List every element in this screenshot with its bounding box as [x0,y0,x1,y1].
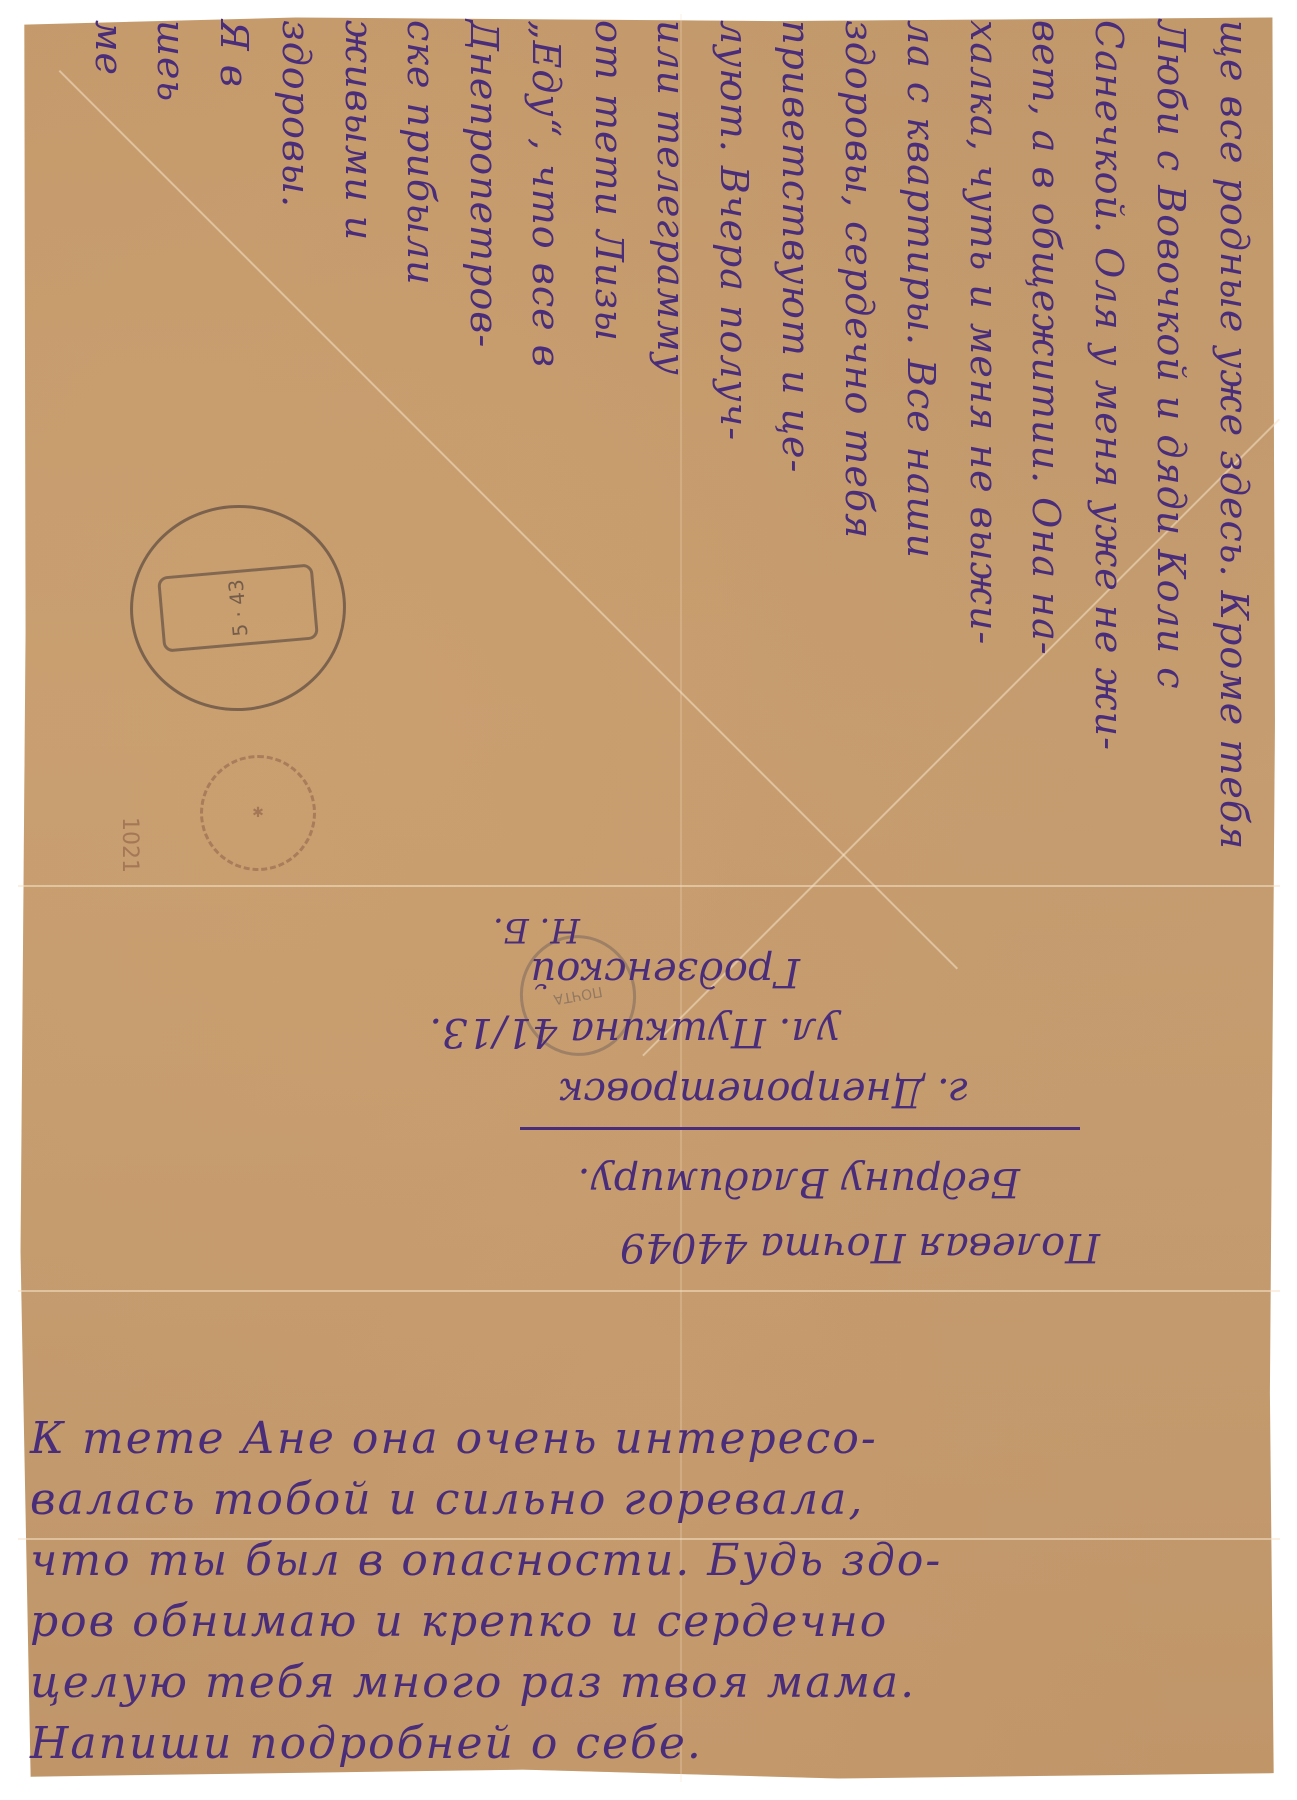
bottom-line: Напиши подробней о себе. [30,1713,1275,1774]
address-sender: Гродзенской [531,949,801,995]
vertical-line: здоровы, сердечно тебя [828,20,891,920]
vertical-line: ще все родные уже здесь. Кроме тебя [1203,20,1266,920]
vertical-line: Днепропетров- [453,20,516,920]
vertical-line: живыми и [328,20,391,920]
address-divider [520,1127,1080,1130]
bottom-line: целую тебя много раз твоя мама. [30,1652,1275,1713]
censor-number: 1021 [45,810,215,880]
vertical-line: Санечкой. Оля у меня уже не жи- [1078,20,1141,920]
censor-mark-icon: ✱ [200,755,316,871]
vertical-line: шеь [140,20,203,920]
vertical-line: луют. Вчера получ- [703,20,766,920]
address-field-post: Полевая Почта 44049 [620,1224,1100,1270]
address-city: г. Днепропетровск [560,1069,970,1115]
vertical-line: халка, чуть и меня не выжи- [953,20,1016,920]
bottom-line: что ты был в опасности. Будь здо- [30,1530,1275,1591]
bottom-letter-text: К тете Ане она очень интересо- валась то… [30,1408,1275,1774]
vertical-line: ла с квартиры. Все наши [890,20,953,920]
bottom-line: ров обнимаю и крепко и сердечно [30,1591,1275,1652]
bottom-line: К тете Ане она очень интересо- [30,1408,1275,1469]
address-recipient: Бедрину Владимиру. [578,1159,1020,1205]
vertical-line: „Еду“, что все в [515,20,578,920]
address-sender-initials: Н. Б. [493,910,580,950]
address-street: ул. Пушкина 41/13. [429,1009,840,1055]
vertical-line: или телеграмму [640,20,703,920]
vertical-line: Люби с Вовочкой и дяди Коли с [1140,20,1203,920]
vertical-line: приветствуют и це- [765,20,828,920]
vertical-line: ме [78,20,141,920]
postmark-date: 5 · 43 [157,563,319,652]
vertical-line: ске прибыли [390,20,453,920]
vertical-line: вет, а в общежитии. Она на- [1015,20,1078,920]
bottom-line: валась тобой и сильно горевала, [30,1469,1275,1530]
vertical-line: от тети Лизы [578,20,641,920]
fold-crease [18,1290,1280,1292]
address-block: Полевая Почта 44049 Бедрину Владимиру. г… [340,900,1100,1280]
